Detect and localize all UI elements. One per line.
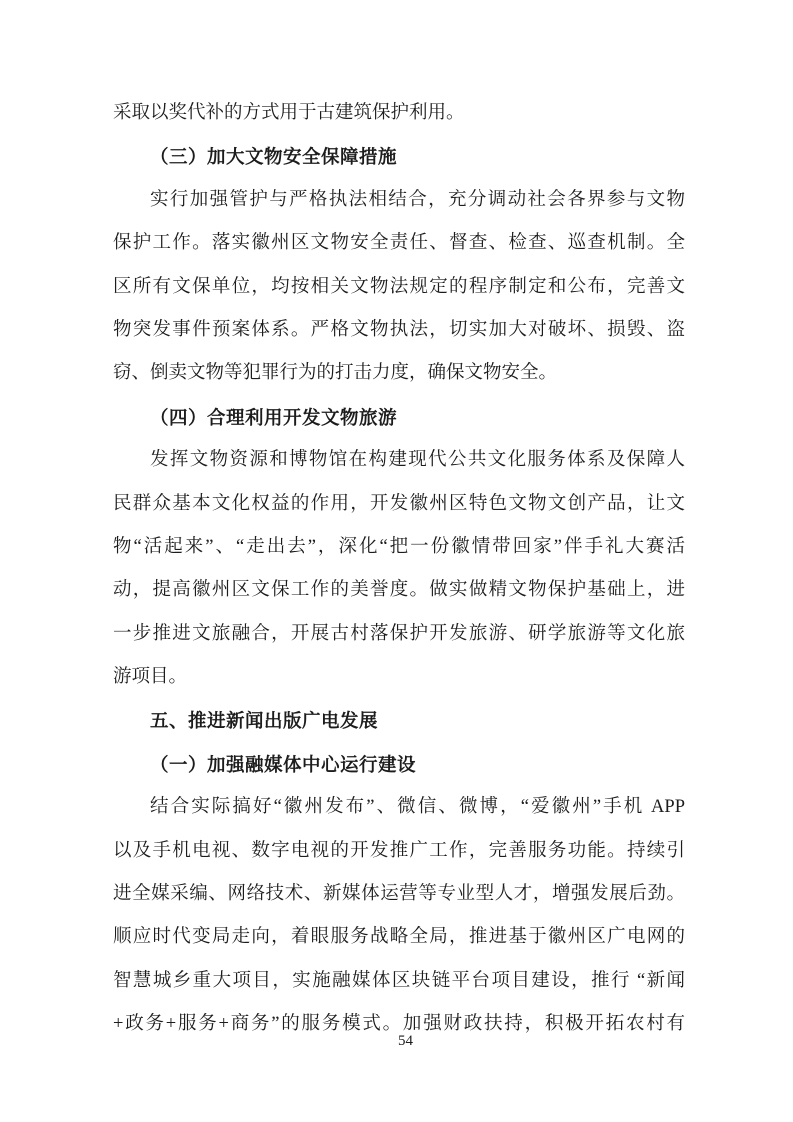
text-line: 一步推进文旅融合，开展古村落保护开发旅游、研学旅游等文化旅: [113, 613, 685, 656]
text-line: 区所有文保单位，均按相关文物法规定的程序制定和公布，完善文: [113, 266, 685, 309]
text-line: 动，提高徽州区文保工作的美誉度。做实做精文物保护基础上，进: [113, 569, 685, 612]
text-line: 以及手机电视、数字电视的开发推广工作，完善服务功能。持续引: [113, 830, 685, 873]
document-page: 采取以奖代补的方式用于古建筑保护利用。（三）加大文物安全保障措施实行加强管护与严…: [0, 0, 793, 1122]
text-line: 采取以奖代补的方式用于古建筑保护利用。: [113, 92, 685, 135]
text-line: 顺应时代变局走向，着眼服务战略全局，推进基于徽州区广电网的: [113, 916, 685, 959]
text-line: 物“活起来”、“走出去”，深化“把一份徽情带回家”伴手礼大赛活: [113, 526, 685, 569]
text-line: 实行加强管护与严格执法相结合，充分调动社会各界参与文物: [113, 179, 685, 222]
text-line: 游项目。: [113, 656, 685, 699]
text-line: 发挥文物资源和博物馆在构建现代公共文化服务体系及保障人: [113, 439, 685, 482]
text-line: 窃、倒卖文物等犯罪行为的打击力度，确保文物安全。: [113, 352, 685, 395]
text-line: 智慧城乡重大项目，实施融媒体区块链平台项目建设，推行 “新闻: [113, 960, 685, 1003]
section-heading: （三）加大文物安全保障措施: [113, 135, 685, 178]
text-line: 结合实际搞好“徽州发布”、微信、微博，“爱徽州”手机 APP: [113, 786, 685, 829]
text-line: 保护工作。落实徽州区文物安全责任、督查、检查、巡查机制。全: [113, 222, 685, 265]
document-body: 采取以奖代补的方式用于古建筑保护利用。（三）加大文物安全保障措施实行加强管护与严…: [113, 92, 685, 1047]
page-number: 54: [9, 1031, 793, 1051]
section-heading: 五、推进新闻出版广电发展: [113, 699, 685, 742]
text-line: 物突发事件预案体系。严格文物执法，切实加大对破坏、损毁、盗: [113, 309, 685, 352]
text-line: 民群众基本文化权益的作用，开发徽州区特色文物文创产品，让文: [113, 483, 685, 526]
text-line: 进全媒采编、网络技术、新媒体运营等专业型人才，增强发展后劲。: [113, 873, 685, 916]
section-heading: （一）加强融媒体中心运行建设: [113, 743, 685, 786]
section-heading: （四）合理利用开发文物旅游: [113, 396, 685, 439]
